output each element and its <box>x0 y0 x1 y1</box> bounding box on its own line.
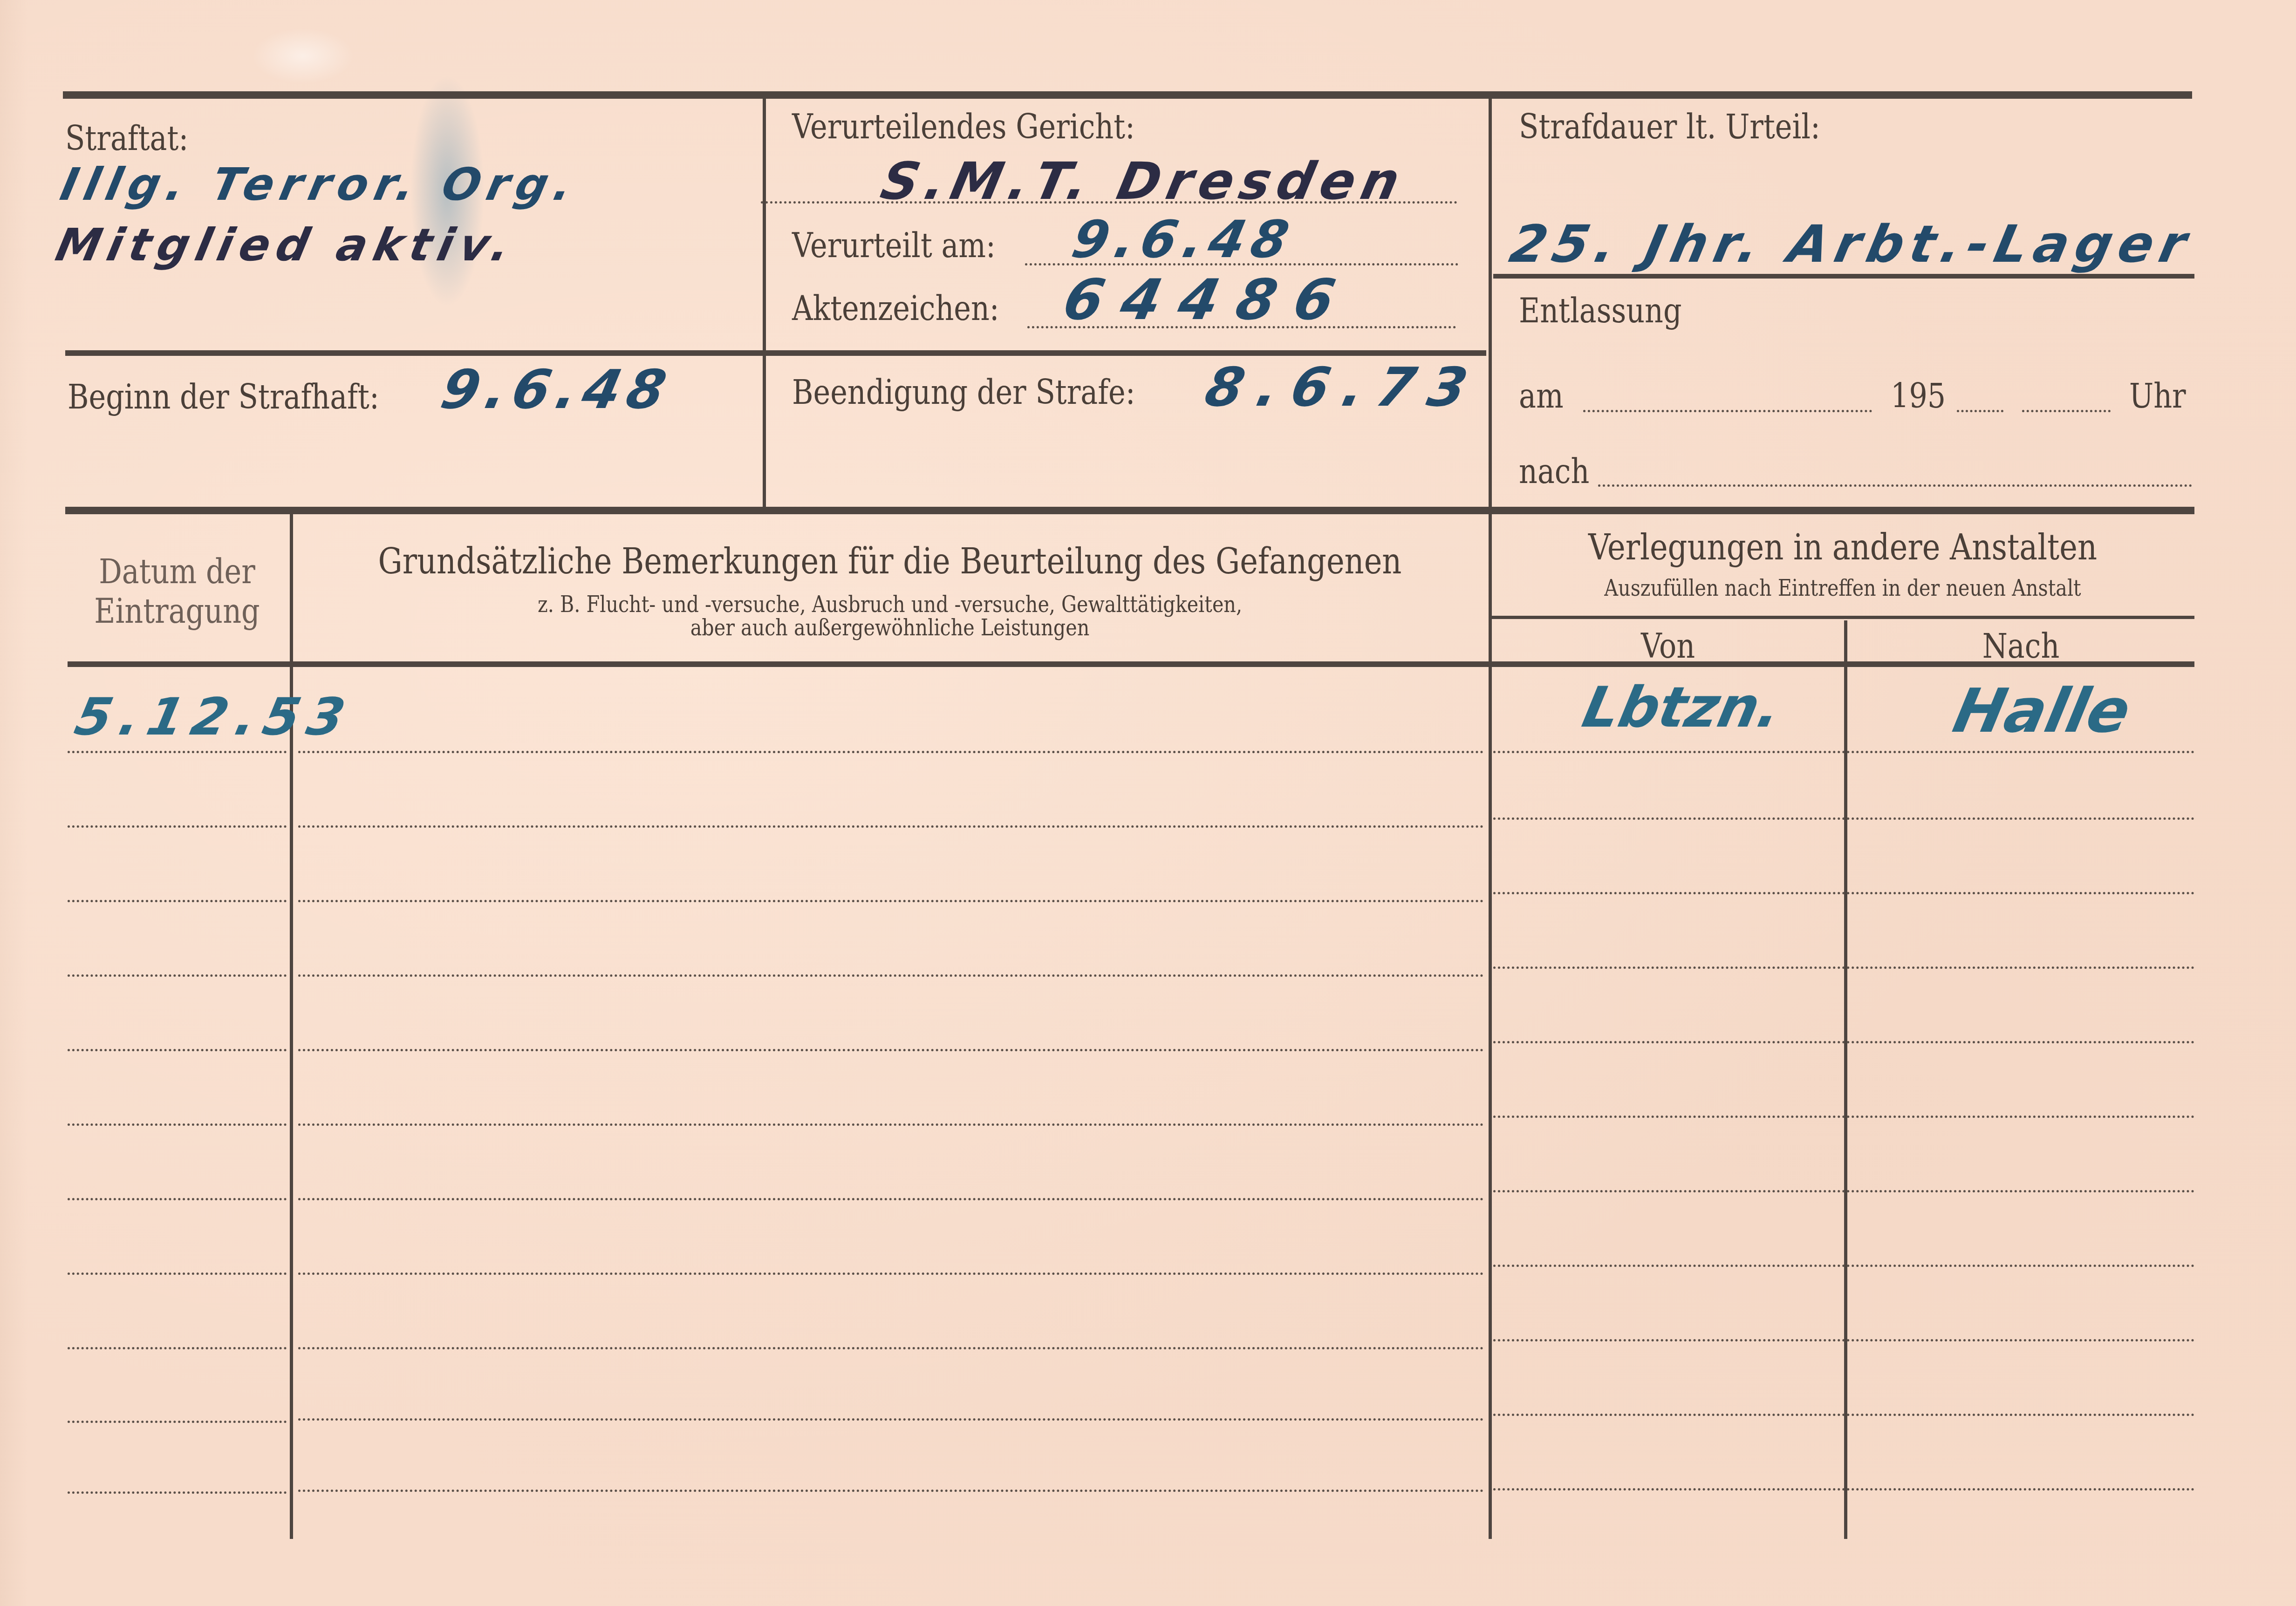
table-row <box>68 1123 287 1126</box>
col-header-datum-line1: Datum der <box>81 552 273 591</box>
strafdauer-label: Strafdauer lt. Urteil: <box>1519 107 1820 146</box>
table-row <box>68 751 287 753</box>
table-row <box>1493 1414 2194 1416</box>
table-row <box>1493 1488 2194 1490</box>
table-row <box>298 751 1484 753</box>
table-divider-verlegungen <box>1489 514 1492 1539</box>
strafdauer-underline <box>1493 274 2194 279</box>
aktenzeichen-dotted-line <box>1027 326 1456 328</box>
col-header-nach: Nach <box>1872 626 2170 666</box>
entlassung-label: Entlassung <box>1519 291 1682 330</box>
table-row <box>298 1049 1484 1051</box>
table-row <box>68 974 287 977</box>
entlassung-nach-dotted-line <box>1598 484 2192 487</box>
verurteilt-am-dotted-line <box>1025 263 1458 265</box>
col-header-von: Von <box>1516 626 1820 666</box>
beginn-strafhaft-value: 9.6.48 <box>436 359 678 421</box>
col-header-datum-line2: Eintragung <box>81 592 273 631</box>
table-row <box>298 974 1484 977</box>
beginn-strafhaft-label: Beginn der Strafhaft: <box>68 377 379 416</box>
aktenzeichen-label: Aktenzeichen: <box>792 289 999 328</box>
table-row <box>68 1198 287 1200</box>
table-row <box>298 1123 1484 1126</box>
divider-straftat-gericht <box>763 99 766 353</box>
table-row <box>1493 1265 2194 1267</box>
paper-wear-mark <box>252 28 354 84</box>
table-row <box>298 1347 1484 1349</box>
table-row <box>298 1273 1484 1275</box>
top-border-rule <box>63 91 2192 99</box>
verurteilt-am-value: 9.6.48 <box>1067 210 1300 269</box>
col-header-bemerkungen-sub2: aber auch außergewöhnliche Leistungen <box>377 615 1403 641</box>
table-row <box>298 1418 1484 1421</box>
table-row <box>1493 1190 2194 1192</box>
entlassung-am-label: am <box>1519 376 1564 415</box>
col-header-bemerkungen-sub1: z. B. Flucht- und -versuche, Ausbruch un… <box>377 592 1403 618</box>
divider-beginn-beendigung <box>763 356 766 510</box>
entlassung-year-dotted-line <box>1957 410 2003 412</box>
row-1-nach: Halle <box>1947 675 2137 746</box>
entlassung-am-dotted-line <box>1583 410 1872 412</box>
col-header-verlegungen: Verlegungen in andere Anstalten <box>1540 526 2146 568</box>
table-divider-von-nach <box>1844 620 1847 1539</box>
table-row <box>68 1049 287 1051</box>
mid-rule-top-section <box>65 350 1486 356</box>
beendigung-strafe-value: 8.6.73 <box>1200 356 1487 419</box>
gericht-label: Verurteilendes Gericht: <box>792 107 1135 146</box>
table-row <box>1493 892 2194 894</box>
col-header-verlegungen-sub: Auszufüllen nach Eintreffen in der neuen… <box>1540 575 2146 601</box>
table-row <box>68 1347 287 1349</box>
table-row <box>298 1490 1484 1492</box>
table-row <box>68 825 287 828</box>
row-1-von: Lbtzn. <box>1577 675 1787 740</box>
beendigung-strafe-label: Beendigung der Strafe: <box>792 373 1135 412</box>
row-1-datum: 5.12.53 <box>70 687 358 747</box>
entlassung-nach-label: nach <box>1519 452 1589 491</box>
table-row <box>1493 1041 2194 1043</box>
verurteilt-am-label: Verurteilt am: <box>792 226 996 265</box>
table-row <box>68 900 287 902</box>
divider-gericht-strafdauer <box>1489 99 1492 509</box>
table-row <box>1493 966 2194 969</box>
straftat-value-line2: Mitglied aktiv. <box>51 219 521 271</box>
entlassung-time-dotted-line <box>2022 410 2111 412</box>
table-row <box>298 900 1484 902</box>
aktenzeichen-value: 64486 <box>1058 268 1359 333</box>
straftat-value-line1: Illg. Terror. Org. <box>56 158 583 211</box>
uhr-label: Uhr <box>2129 376 2186 415</box>
table-row <box>68 1273 287 1275</box>
table-row <box>1493 1339 2194 1341</box>
gericht-dotted-line <box>761 201 1457 204</box>
verlegungen-subheader-rule <box>1491 616 2194 619</box>
entlassung-year-prefix: 195 <box>1891 376 1946 415</box>
table-top-rule <box>65 507 2194 514</box>
table-row <box>1493 1116 2194 1118</box>
table-row <box>298 1198 1484 1200</box>
table-row <box>68 1491 287 1494</box>
straftat-label: Straftat: <box>65 119 188 158</box>
table-divider-datum <box>290 514 293 1539</box>
col-header-bemerkungen: Grundsätzliche Bemerkungen für die Beurt… <box>377 540 1403 582</box>
table-row <box>1493 751 2194 753</box>
table-row <box>298 825 1484 828</box>
strafdauer-value: 25. Jhr. Arbt.-Lager <box>1505 214 2198 274</box>
table-row <box>1493 817 2194 820</box>
table-row <box>68 1421 287 1423</box>
